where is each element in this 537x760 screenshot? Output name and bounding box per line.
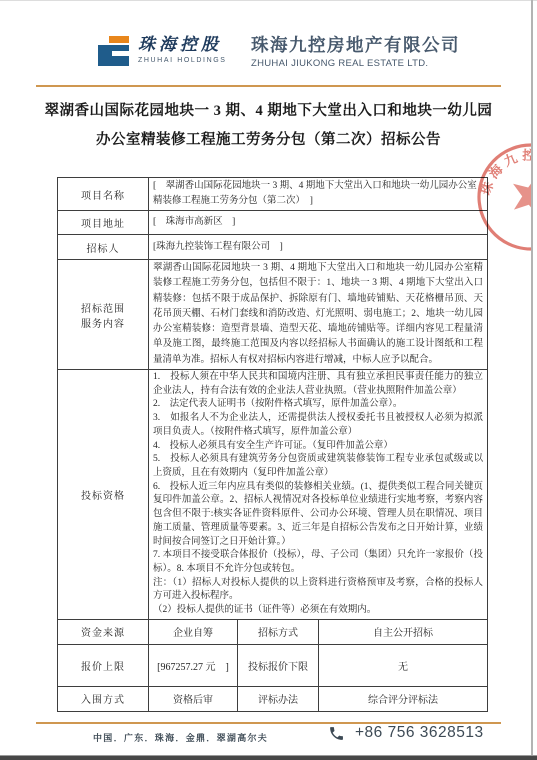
tender-method-value: 自主公开招标 <box>319 619 488 644</box>
table-row-qualification: 投标资格 1. 投标人须在中华人民共和国境内注册、具有独立承担民事责任能力的独立… <box>58 370 488 620</box>
evaluation-method-value: 综合评分评标法 <box>319 686 488 711</box>
scan-edge-top <box>0 0 537 1</box>
project-address-label: 项目地址 <box>58 211 149 235</box>
funding-source-value: 企业自筹 <box>149 619 238 644</box>
document-title-line2: 办公室精装修工程施工劳务分包（第二次）招标公告 <box>20 126 517 155</box>
scan-edge-bottom <box>0 755 537 760</box>
tenderee-label: 招标人 <box>58 235 149 260</box>
document-title-line1: 翠湖香山国际花园地块一 3 期、4 期地下大堂出入口和地块一幼儿园 <box>20 97 517 126</box>
phone-number: +86 756 3628513 <box>355 724 484 742</box>
company-name-english: ZHUHAI JIUKONG REAL ESTATE LTD. <box>251 58 460 69</box>
footer-phone: +86 756 3628513 <box>328 724 484 742</box>
table-row-project-address: 项目地址 [ 珠海市高新区 ] <box>58 211 488 235</box>
table-row-project-name: 项目名称 [ 翠湖香山国际花园地块一 3 期、4 期地下大堂出入口和地块一幼儿园… <box>58 178 488 211</box>
logo-text-block: 珠海控股 ZHUHAI HOLDINGS <box>138 36 227 64</box>
price-ceiling-value: [967257.27 元 ] <box>149 644 238 686</box>
qualification-label: 投标资格 <box>58 370 149 620</box>
qualification-items: 1. 投标人须在中华人民共和国境内注册、具有独立承担民事责任能力的独立企业法人，… <box>153 371 483 618</box>
scope-label: 招标范围 服务内容 <box>58 260 149 370</box>
shortlist-method-label: 入围方式 <box>58 686 149 711</box>
table-row-price-limit: 报价上限 [967257.27 元 ] 投标报价下限 无 <box>58 644 488 686</box>
funding-source-label: 资金来源 <box>58 619 149 644</box>
logo-english-name: ZHUHAI HOLDINGS <box>138 57 227 64</box>
zhuhai-holdings-logo: 珠海控股 ZHUHAI HOLDINGS <box>98 36 227 66</box>
tender-details-table: 项目名称 [ 翠湖香山国际花园地块一 3 期、4 期地下大堂出入口和地块一幼儿园… <box>57 177 488 712</box>
document-title: 翠湖香山国际花园地块一 3 期、4 期地下大堂出入口和地块一幼儿园 办公室精装修… <box>20 97 517 155</box>
price-floor-label: 投标报价下限 <box>238 644 319 686</box>
logo-chinese-name: 珠海控股 <box>138 36 227 55</box>
evaluation-method-label: 评标办法 <box>238 686 319 711</box>
scope-value: 翠湖香山国际花园地块一 3 期、4 期地下大堂出入口和地块一幼儿园办公室精装修工… <box>153 261 483 368</box>
header-divider-line <box>36 85 501 87</box>
star-icon <box>506 169 533 219</box>
price-floor-value: 无 <box>319 644 488 686</box>
project-name-value: [ 翠湖香山国际花园地块一 3 期、4 期地下大堂出入口和地块一幼儿园办公室精装… <box>153 179 483 209</box>
shortlist-method-value: 资格后审 <box>149 686 238 711</box>
table-row-scope: 招标范围 服务内容 翠湖香山国际花园地块一 3 期、4 期地下大堂出入口和地块一… <box>58 260 488 370</box>
scanned-tender-document-page: 珠海控股 ZHUHAI HOLDINGS 珠海九控房地产有限公司 ZHUHAI … <box>0 0 537 760</box>
phone-icon <box>328 725 345 742</box>
footer-address: 中国．广东．珠海．金鼎．翠湖高尔夫 <box>93 731 268 744</box>
table-row-funding: 资金来源 企业自筹 招标方式 自主公开招标 <box>58 619 488 644</box>
tenderee-value: [珠海九控装饰工程有限公司 ] <box>153 240 483 255</box>
project-address-value: [ 珠海市高新区 ] <box>153 215 483 230</box>
project-name-label: 项目名称 <box>58 178 149 211</box>
scan-edge-right <box>531 0 533 756</box>
scope-label-line1: 招标范围 <box>62 300 144 315</box>
table-row-shortlist: 入围方式 资格后审 评标办法 综合评分评标法 <box>58 686 488 711</box>
table-row-tenderee: 招标人 [珠海九控装饰工程有限公司 ] <box>58 235 488 260</box>
zhuhai-holdings-logo-icon <box>98 36 129 66</box>
scope-label-line2: 服务内容 <box>62 315 144 330</box>
company-name-block: 珠海九控房地产有限公司 ZHUHAI JIUKONG REAL ESTATE L… <box>251 35 460 69</box>
tender-method-label: 招标方式 <box>238 619 319 644</box>
company-name-chinese: 珠海九控房地产有限公司 <box>251 35 460 55</box>
price-ceiling-label: 报价上限 <box>58 644 149 686</box>
